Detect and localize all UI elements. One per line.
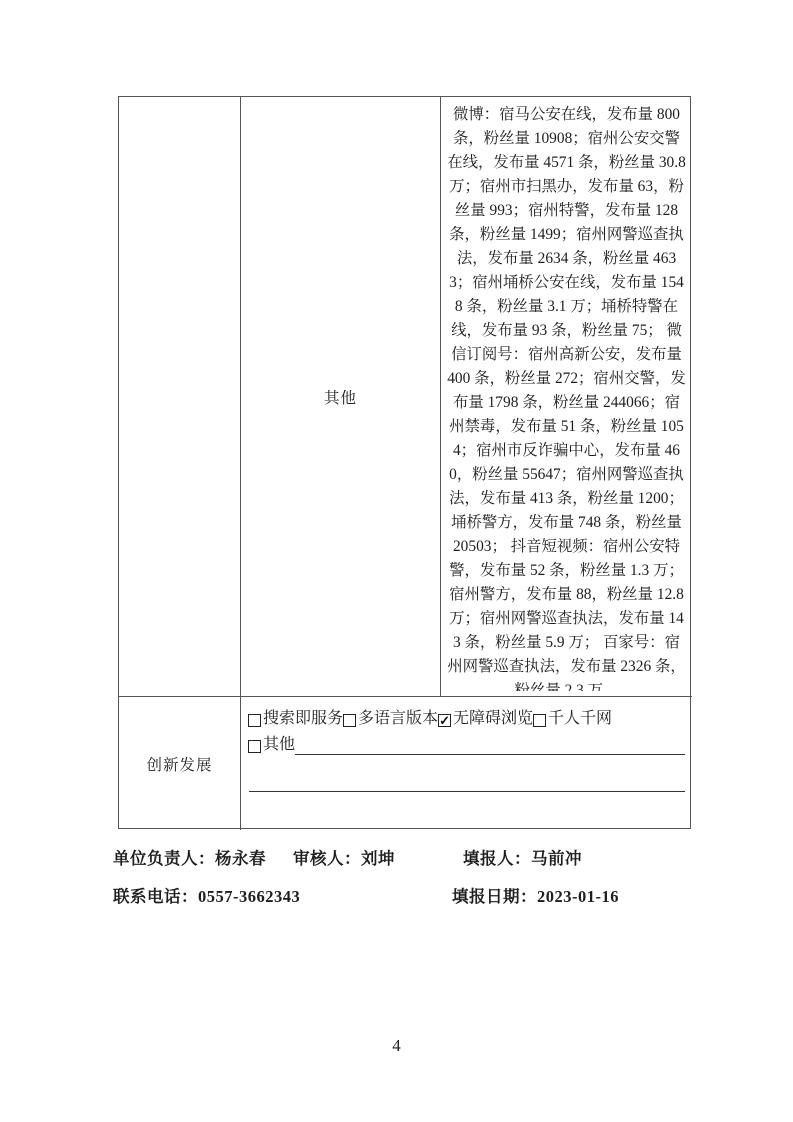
other-fill-in-blank[interactable] — [295, 736, 685, 755]
checkbox-row-1: 搜索即服务 多语言版本 无障碍浏览 千人千网 — [248, 706, 685, 732]
innovation-row-label-cell: 创新发展 — [119, 697, 241, 830]
checkbox-icon[interactable] — [248, 714, 261, 727]
auditor-line: 审核人：刘坤 — [293, 845, 395, 869]
checkbox-search-as-service[interactable]: 搜索即服务 — [248, 706, 343, 732]
filler-line: 填报人：马前冲 — [463, 845, 582, 869]
checkbox-label: 搜索即服务 — [263, 706, 343, 732]
contact-phone-line: 联系电话：0557-3662343 — [113, 883, 300, 907]
checkbox-label: 无障碍浏览 — [453, 706, 533, 732]
empty-continuation-cell — [119, 97, 241, 697]
checkbox-accessibility[interactable]: 无障碍浏览 — [438, 706, 533, 732]
page-number: 4 — [0, 1036, 793, 1056]
other-row-label-cell: 其他 — [241, 97, 441, 697]
checkbox-multilingual[interactable]: 多语言版本 — [343, 706, 438, 732]
blank-row — [248, 769, 685, 795]
fill-date-line: 填报日期：2023-01-16 — [452, 883, 619, 907]
checkbox-label: 其他 — [263, 732, 295, 758]
checkbox-qianren-qianwang[interactable]: 千人千网 — [533, 706, 612, 732]
innovation-row-content-cell: 搜索即服务 多语言版本 无障碍浏览 千人千网 其他 — [241, 697, 692, 830]
checkbox-row-2: 其他 — [248, 732, 685, 758]
other-row-content-cell: 微博：宿马公安在线，发布量 800 条，粉丝量 10908；宿州公安交警在线，发… — [441, 97, 692, 697]
other-row-label: 其他 — [324, 386, 357, 408]
checkbox-icon[interactable] — [533, 714, 546, 727]
checkbox-icon[interactable] — [248, 740, 261, 753]
innovation-row-label: 创新发展 — [146, 753, 212, 775]
document-page: 其他 微博：宿马公安在线，发布量 800 条，粉丝量 10908；宿州公安交警在… — [0, 0, 793, 1122]
checkbox-label: 千人千网 — [548, 706, 612, 732]
extra-fill-in-blank[interactable] — [249, 773, 685, 792]
checkbox-other[interactable]: 其他 — [248, 732, 295, 758]
checkbox-checked-icon[interactable] — [438, 714, 451, 727]
checkbox-label: 多语言版本 — [358, 706, 438, 732]
social-media-stats-text: 微博：宿马公安在线，发布量 800 条，粉丝量 10908；宿州公安交警在线，发… — [447, 103, 686, 691]
unit-head-line: 单位负责人：杨永春 — [113, 845, 266, 869]
checkbox-icon[interactable] — [343, 714, 356, 727]
report-table: 其他 微博：宿马公安在线，发布量 800 条，粉丝量 10908；宿州公安交警在… — [118, 96, 691, 829]
